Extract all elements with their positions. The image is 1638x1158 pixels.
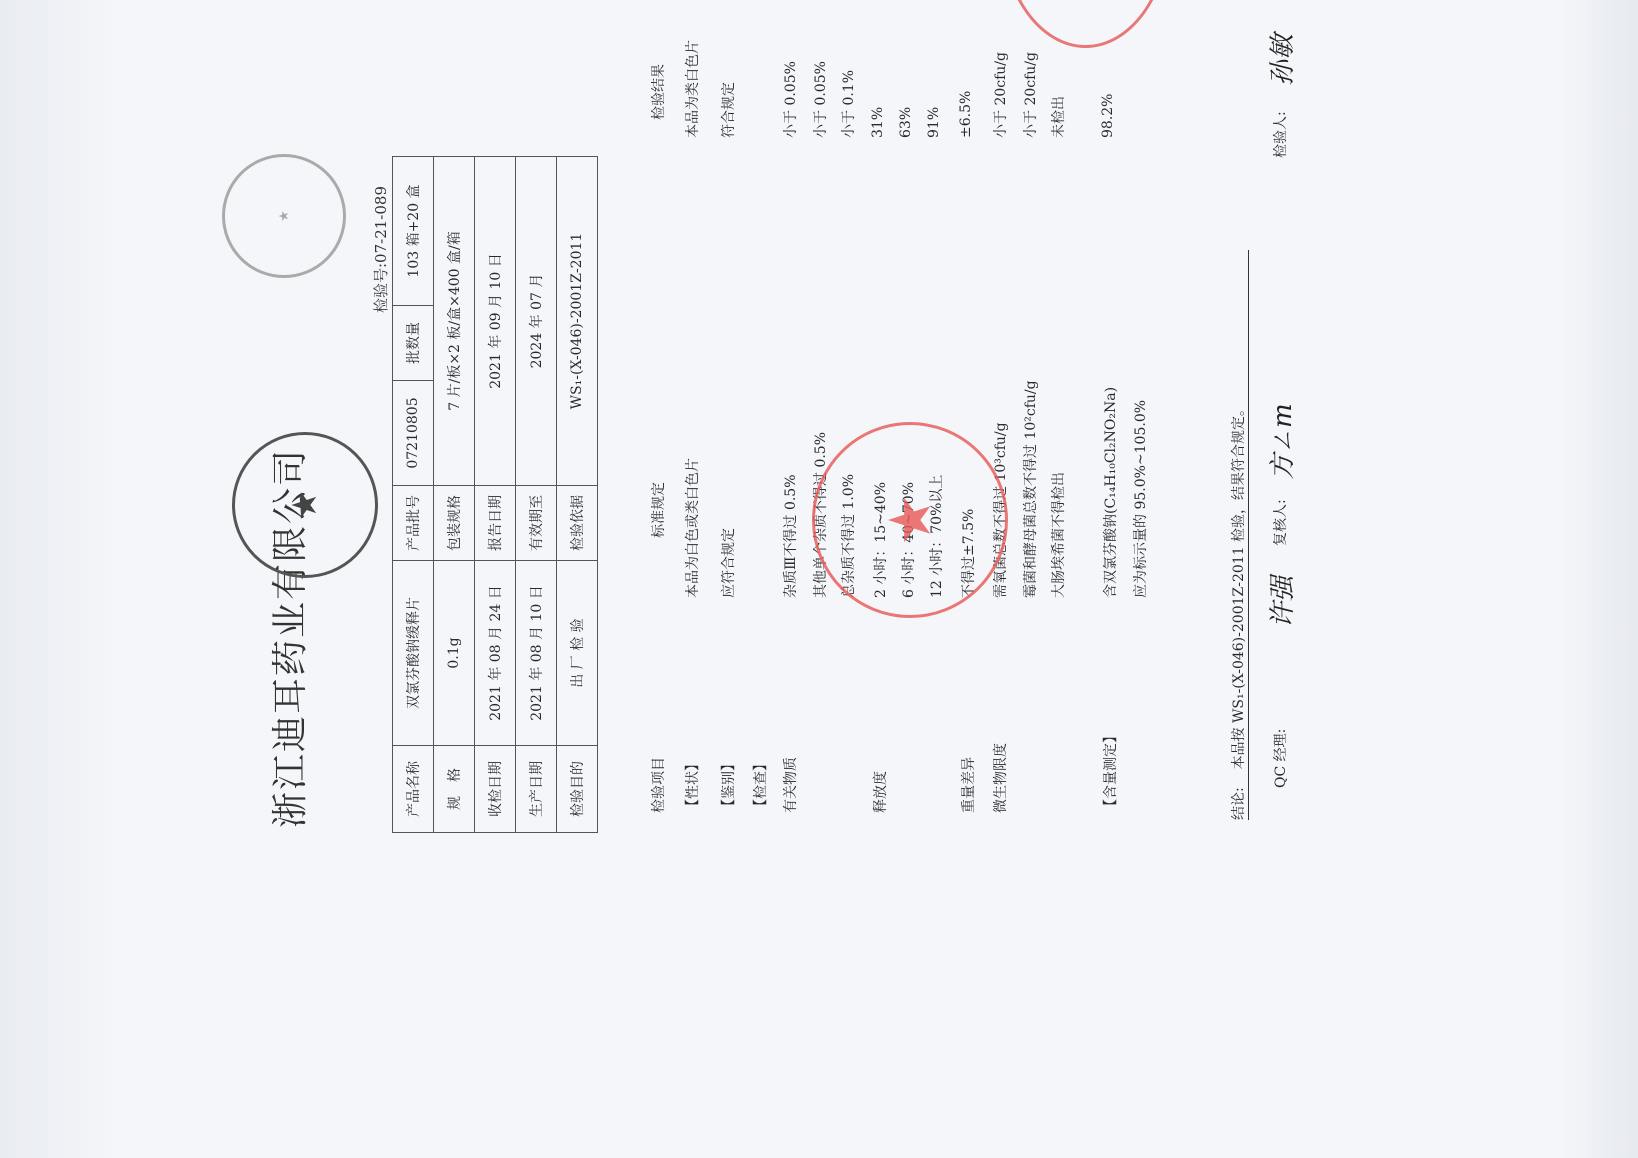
item-name: 微生物限度 [990,743,1010,813]
item-result: 63% [898,107,914,138]
item-result: 本品为类白色片 [682,40,702,138]
item-standard: 大肠埃希菌不得检出 [1048,472,1068,598]
item-result: 91% [926,107,942,138]
item-standard: 应为标示量的 95.0%~105.0% [1130,400,1150,598]
item-name: 【鉴别】 [718,757,738,813]
faint-company-stamp: ★ [222,154,346,278]
reviewer-signature: 方ㄥm [1262,403,1299,480]
product-info-table: 产品名称 双氯芬酸钠缓释片 产品批号 07210805 批数量 103 箱+20… [392,156,598,833]
stamp-star-icon: ★ [881,494,939,546]
item-name: 【含量测定】 [1100,729,1120,813]
item-standard: 霉菌和酵母菌总数不得过 10²cfu/g [1020,380,1040,598]
item-result: 31% [870,107,886,138]
item-result: 小于 0.1% [838,70,858,138]
item-name: 有关物质 [780,757,800,813]
item-result: 未检出 [1048,96,1068,138]
qc-manager-label: QC 经理: [1270,729,1290,788]
customer-stamp-1: ★ [812,422,1008,618]
item-result: 小于 20cfu/g [990,52,1010,138]
table-row: 规 格 0.1g 包装规格 7 片/板×2 板/盒×400 盒/箱 [434,157,475,833]
report-number: 检验号:07-21-089 [370,186,391,313]
item-name: 【性状】 [682,757,702,813]
inspector-signature: 孙敏 [1262,34,1299,86]
table-row: 检验目的 出 厂 检 验 检验依据 WS₁-(X-046)-2001Z-2011 [557,157,598,833]
item-result: 符合规定 [718,82,738,138]
item-standard: 本品为白色或类白色片 [682,458,702,598]
table-row: 收检日期 2021 年 08 月 24 日 报告日期 2021 年 09 月 1… [475,157,516,833]
item-result: 小于 0.05% [810,61,830,138]
customer-stamp-2: ★ [1000,0,1171,48]
conclusion-text: 本品按 WS₁-(X-046)-2001Z-2011 检验，结果符合规定。 [1231,402,1247,770]
company-stamp-star-icon: ★ [285,490,325,520]
table-row: 生产日期 2021 年 08 月 10 日 有效期至 2024 年 07 月 [516,157,557,833]
item-standard: 应符合规定 [718,528,738,598]
reviewer-label: 复核人: [1270,499,1290,546]
header-item: 检验项目 [648,757,668,813]
item-name: 【检查】 [750,757,770,813]
item-result: 小于 0.05% [780,61,800,138]
item-name: 重量差异 [958,757,978,813]
header-result: 检验结果 [648,64,668,120]
table-row: 产品名称 双氯芬酸钠缓释片 产品批号 07210805 批数量 103 箱+20… [393,157,434,833]
item-result: ±6.5% [958,91,974,138]
inspection-report-page: 浙江迪耳药业有限公司 ★ ★ 检验号:07-21-089 产品名称 双氯芬酸钠缓… [0,0,1638,1158]
inspector-label: 检验人: [1270,111,1290,158]
item-result: 小于 20cfu/g [1020,52,1040,138]
qc-manager-signature: 许强 [1262,576,1299,628]
conclusion: 结论: 本品按 WS₁-(X-046)-2001Z-2011 检验，结果符合规定… [1228,250,1249,820]
company-qc-stamp: ★ [232,432,378,578]
faint-stamp-star-icon: ★ [277,210,292,222]
item-standard: 含双氯芬酸钠(C₁₄H₁₀Cl₂NO₂Na) [1100,387,1120,598]
item-name: 释放度 [870,771,890,813]
item-result: 98.2% [1100,94,1116,138]
header-standard: 标准规定 [648,482,668,538]
item-standard: 杂质Ⅲ不得过 0.5% [780,474,800,598]
